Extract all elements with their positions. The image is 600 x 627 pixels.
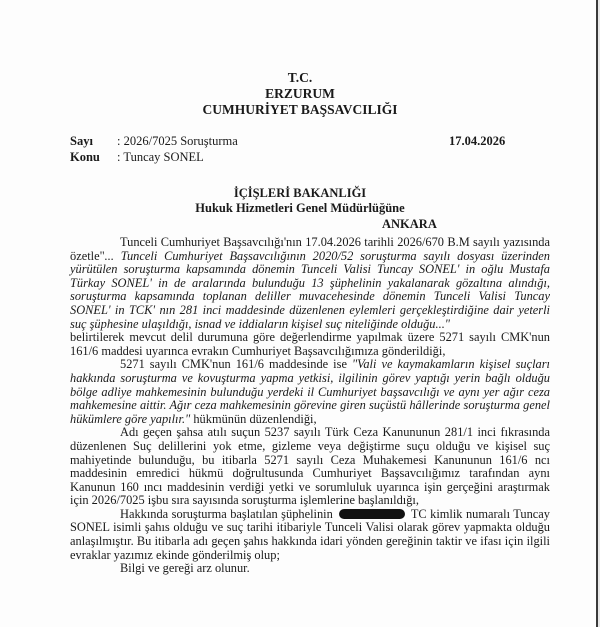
header-tc: T.C.: [0, 70, 600, 86]
letter-body: Tunceli Cumhuriyet Başsavcılığı'nın 17.0…: [70, 236, 550, 576]
quoted-summary: ... Tunceli Cumhuriyet Başsavcılığının 2…: [70, 249, 550, 331]
paragraph-2: 5271 sayılı CMK'nun 161/6 maddesinde ise…: [70, 358, 550, 426]
document-date: 17.04.2026: [449, 134, 505, 149]
addressee-department: Hukuk Hizmetleri Genel Müdürlüğüne: [0, 201, 600, 216]
paragraph-1-continued: belirtilerek mevcut delil durumuna göre …: [70, 331, 550, 358]
document-page: T.C. ERZURUM CUMHURİYET BAŞSAVCILIĞI Say…: [0, 0, 600, 627]
paragraph-4: Hakkında soruşturma başlatılan şüphelini…: [70, 508, 550, 562]
sayi-label: Sayı: [70, 134, 93, 149]
addressee-ministry: İÇİŞLERİ BAKANLIĞI: [0, 186, 600, 201]
konu-value: : Tuncay SONEL: [117, 150, 204, 165]
redaction-bar: [339, 509, 405, 519]
paragraph-5: Bilgi ve gereği arz olunur.: [70, 562, 550, 576]
header-city: ERZURUM: [0, 86, 600, 102]
paragraph-3: Adı geçen şahsa atılı suçun 5237 sayılı …: [70, 426, 550, 508]
konu-label: Konu: [70, 150, 100, 165]
sayi-value: : 2026/7025 Soruşturma: [117, 134, 238, 149]
header-office: CUMHURİYET BAŞSAVCILIĞI: [0, 102, 600, 118]
paragraph-1: Tunceli Cumhuriyet Başsavcılığı'nın 17.0…: [70, 236, 550, 331]
addressee-city: ANKARA: [382, 217, 437, 232]
